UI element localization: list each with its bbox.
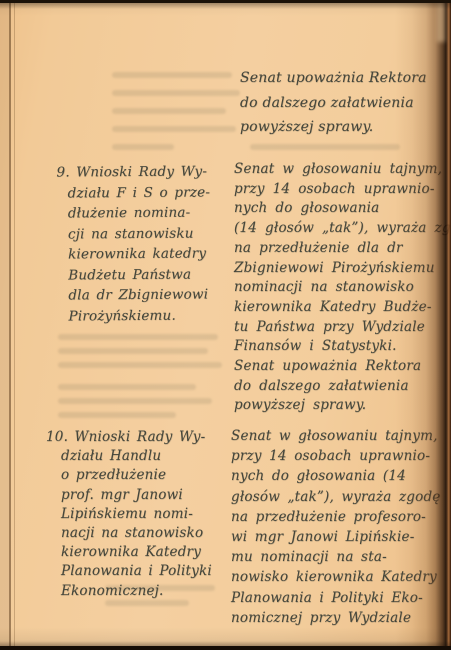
handwritten-line: kierownika katedry	[68, 243, 211, 264]
handwritten-line: Budżetu Państwa	[68, 264, 211, 285]
handwritten-line: kierownika Katedry	[61, 543, 212, 562]
handwritten-line: 9. Wnioski Rady Wy-	[56, 161, 210, 183]
bleed-through-smudge	[112, 108, 226, 114]
handwritten-line: Lipińskiemu nomi-	[61, 505, 212, 524]
handwritten-line: dla dr Zbigniewowi	[68, 284, 211, 305]
bleed-through-smudge	[58, 398, 212, 404]
page-bottom-edge-shadow	[0, 641, 451, 646]
scanned-document-page: Senat upoważnia Rektorado dalszego załat…	[0, 0, 451, 650]
motion-item-9: 9. Wnioski Rady Wy-działu F i S o prze-d…	[56, 161, 211, 326]
page-top-edge-shadow	[0, 3, 451, 9]
bleed-through-smudge	[58, 334, 218, 340]
handwritten-line: cji na stanowisku	[68, 223, 211, 244]
handwritten-line: Pirożyńskiemu.	[68, 305, 211, 326]
bleed-through-smudge	[112, 72, 232, 78]
bleed-through-smudge	[58, 412, 176, 418]
bleed-through-smudge	[58, 348, 208, 354]
bleed-through-smudge	[112, 126, 236, 132]
handwritten-line: 10. Wnioski Rady Wy-	[46, 428, 212, 447]
handwritten-line: Ekonomicznej.	[61, 582, 212, 601]
handwritten-line: o przedłużenie	[61, 466, 212, 485]
bleed-through-text-left	[58, 334, 226, 426]
bleed-through-smudge	[112, 90, 240, 96]
handwritten-line: działu Handlu	[61, 447, 212, 466]
bleed-through-smudge	[58, 362, 222, 368]
bleed-through-smudge	[105, 600, 189, 606]
bleed-through-smudge	[58, 384, 196, 390]
handwritten-line: Planowania i Polityki	[61, 562, 212, 581]
motion-item-10: 10. Wnioski Rady Wy-działu Handluo przed…	[46, 428, 212, 601]
bleed-through-text-top	[112, 72, 242, 162]
binding-shadow	[395, 0, 451, 650]
page-fold-line-secondary	[14, 0, 15, 650]
handwritten-line: prof. mgr Janowi	[61, 486, 212, 505]
page-fold-line	[9, 0, 11, 650]
bleed-through-smudge	[250, 144, 400, 150]
handwritten-line: działu F i S o prze-	[68, 182, 211, 203]
handwritten-line: nacji na stanowisko	[61, 524, 212, 543]
bleed-through-smudge	[112, 144, 174, 150]
bleed-through-text-mid	[250, 144, 405, 150]
page-bottom-edge	[0, 646, 451, 650]
handwritten-line: dłużenie nomina-	[68, 202, 211, 223]
page-left-margin-shade	[0, 0, 9, 650]
